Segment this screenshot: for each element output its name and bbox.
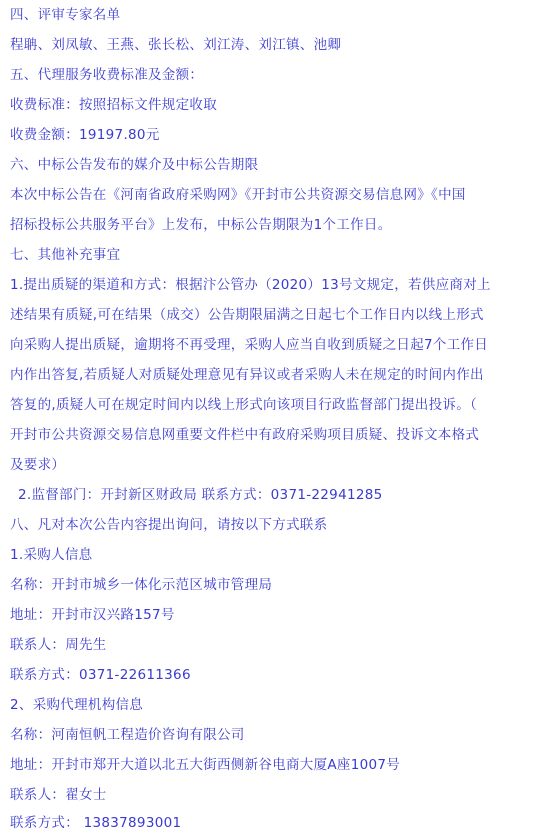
- fee-amount: 收费金额：19197.80元: [10, 120, 541, 150]
- publication-media-line-2: 招标投标公共服务平台》上发布，中标公告期限为1个工作日。: [10, 210, 541, 240]
- challenge-procedure-line: 内作出答复,若质疑人对质疑处理意见有异议或者采购人未在规定的时间内作出: [10, 360, 541, 390]
- agency-phone: 联系方式： 13837893001: [10, 808, 541, 832]
- supervision-department: 2.监督部门：开封新区财政局 联系方式：0371-22941285: [18, 480, 541, 510]
- challenge-procedure-line: 答复的,质疑人可在规定时间内以线上形式向该项目行政监督部门提出投诉。（: [10, 390, 541, 420]
- purchaser-info-title: 1.采购人信息: [10, 540, 541, 570]
- agency-info-title: 2、采购代理机构信息: [10, 690, 541, 720]
- section-8-heading: 八、凡对本次公告内容提出询问，请按以下方式联系: [10, 510, 541, 540]
- announcement-document: 四、评审专家名单 程聃、刘凤敏、王燕、张长松、刘江涛、刘江镇、池卿 五、代理服务…: [0, 0, 545, 832]
- section-4-heading: 四、评审专家名单: [10, 0, 541, 30]
- challenge-procedure-line: 及要求）: [10, 450, 541, 480]
- challenge-procedure-line: 1.提出质疑的渠道和方式：根据汴公管办（2020）13号文规定，若供应商对上: [10, 270, 541, 300]
- agency-contact: 联系人：翟女士: [10, 780, 541, 810]
- expert-list: 程聃、刘凤敏、王燕、张长松、刘江涛、刘江镇、池卿: [10, 30, 541, 60]
- purchaser-phone: 联系方式：0371-22611366: [10, 660, 541, 690]
- fee-standard: 收费标准：按照招标文件规定收取: [10, 90, 541, 120]
- purchaser-address: 地址：开封市汉兴路157号: [10, 600, 541, 630]
- purchaser-name: 名称：开封市城乡一体化示范区城市管理局: [10, 570, 541, 600]
- section-7-heading: 七、其他补充事宜: [10, 240, 541, 270]
- challenge-procedure-line: 述结果有质疑,可在结果（成交）公告期限届满之日起七个工作日内以线上形式: [10, 300, 541, 330]
- section-5-heading: 五、代理服务收费标准及金额：: [10, 60, 541, 90]
- challenge-procedure-line: 向采购人提出质疑，逾期将不再受理，采购人应当自收到质疑之日起7个工作日: [10, 330, 541, 360]
- challenge-procedure-line: 开封市公共资源交易信息网重要文件栏中有政府采购项目质疑、投诉文本格式: [10, 420, 541, 450]
- agency-name: 名称：河南恒帆工程造价咨询有限公司: [10, 720, 541, 750]
- agency-address: 地址：开封市郑开大道以北五大街西侧新谷电商大厦A座1007号: [10, 750, 541, 780]
- purchaser-contact: 联系人：周先生: [10, 630, 541, 660]
- section-6-heading: 六、中标公告发布的媒介及中标公告期限: [10, 150, 541, 180]
- publication-media-line-1: 本次中标公告在《河南省政府采购网》《开封市公共资源交易信息网》《中国: [10, 180, 541, 210]
